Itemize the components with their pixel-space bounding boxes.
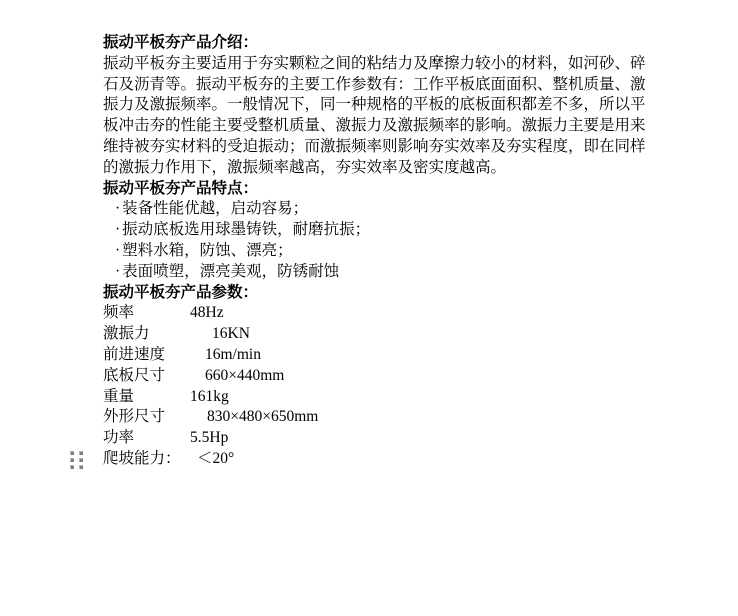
handle-dot [79, 451, 83, 455]
document-page: 振动平板夯产品介绍： 振动平板夯主要适用于夯实颗粒之间的粘结力及摩擦力较小的材料… [0, 0, 738, 616]
drag-handle-icon[interactable] [70, 451, 83, 469]
param-row: 前进速度16m/min [103, 345, 703, 366]
intro-paragraph-line: 振力及激振频率。一般情况下，同一种规格的平板的底板面积都差不多，所以平 [103, 95, 703, 116]
param-value: ＜20° [197, 450, 234, 467]
param-label: 重量 [103, 387, 190, 408]
param-row: 底板尺寸660×440mm [103, 366, 703, 387]
param-label: 前进速度 [103, 345, 190, 366]
handle-dot [79, 458, 83, 462]
feature-text: 振动底板选用球墨铸铁，耐磨抗振； [122, 221, 370, 238]
feature-text: 装备性能优越，启动容易； [122, 200, 308, 217]
feature-text: 表面喷塑，漂亮美观，防锈耐蚀 [122, 263, 339, 280]
handle-dot [79, 465, 83, 469]
intro-paragraph-line: 板冲击夯的性能主要受整机质量、激振力及激振频率的影响。激振力主要是用来 [103, 116, 703, 137]
param-value: 16m/min [205, 346, 261, 363]
feature-text: 塑料水箱，防蚀、漂亮； [122, 242, 293, 259]
intro-paragraph-line: 的激振力作用下，激振频率越高，夯实效率及密实度越高。 [103, 158, 703, 179]
param-row: 重量161kg [103, 387, 703, 408]
param-label: 功率 [103, 428, 190, 449]
param-value: 660×440mm [205, 367, 284, 384]
param-value: 16KN [212, 325, 250, 342]
feature-item: ·塑料水箱，防蚀、漂亮； [103, 241, 703, 262]
intro-paragraph-line: 石及沥青等。振动平板夯的主要工作参数有：工作平板底面面积、整机质量、激 [103, 75, 703, 96]
handle-dot [70, 458, 74, 462]
param-value: 830×480×650mm [207, 408, 318, 425]
param-value: 48Hz [190, 304, 224, 321]
intro-paragraph-line: 维持被夯实材料的受迫振动；而激振频率则影响夯实效率及夯实程度，即在同样 [103, 137, 703, 158]
param-label: 爬坡能力： [103, 449, 190, 470]
param-row: 外形尺寸830×480×650mm [103, 407, 703, 428]
param-label: 频率 [103, 303, 190, 324]
bullet-dot-icon: · [115, 200, 120, 217]
param-row: 频率48Hz [103, 303, 703, 324]
param-value: 161kg [190, 388, 229, 405]
param-row: 爬坡能力：＜20° [103, 449, 703, 470]
param-label: 外形尺寸 [103, 407, 190, 428]
feature-item: ·振动底板选用球墨铸铁，耐磨抗振； [103, 220, 703, 241]
parameters-heading: 振动平板夯产品参数： [103, 283, 703, 304]
features-heading: 振动平板夯产品特点： [103, 179, 703, 200]
bullet-dot-icon: · [115, 221, 120, 238]
feature-item: ·装备性能优越，启动容易； [103, 199, 703, 220]
intro-heading: 振动平板夯产品介绍： [103, 33, 703, 54]
param-label: 激振力 [103, 324, 190, 345]
document-content: 振动平板夯产品介绍： 振动平板夯主要适用于夯实颗粒之间的粘结力及摩擦力较小的材料… [103, 33, 703, 470]
param-label: 底板尺寸 [103, 366, 190, 387]
param-row: 激振力16KN [103, 324, 703, 345]
param-value: 5.5Hp [190, 429, 228, 446]
handle-dot [70, 451, 74, 455]
bullet-dot-icon: · [115, 263, 120, 280]
intro-paragraph-line: 振动平板夯主要适用于夯实颗粒之间的粘结力及摩擦力较小的材料，如河砂、碎 [103, 54, 703, 75]
bullet-dot-icon: · [115, 242, 120, 259]
param-row: 功率5.5Hp [103, 428, 703, 449]
feature-item: ·表面喷塑，漂亮美观，防锈耐蚀 [103, 262, 703, 283]
handle-dot [70, 465, 74, 469]
